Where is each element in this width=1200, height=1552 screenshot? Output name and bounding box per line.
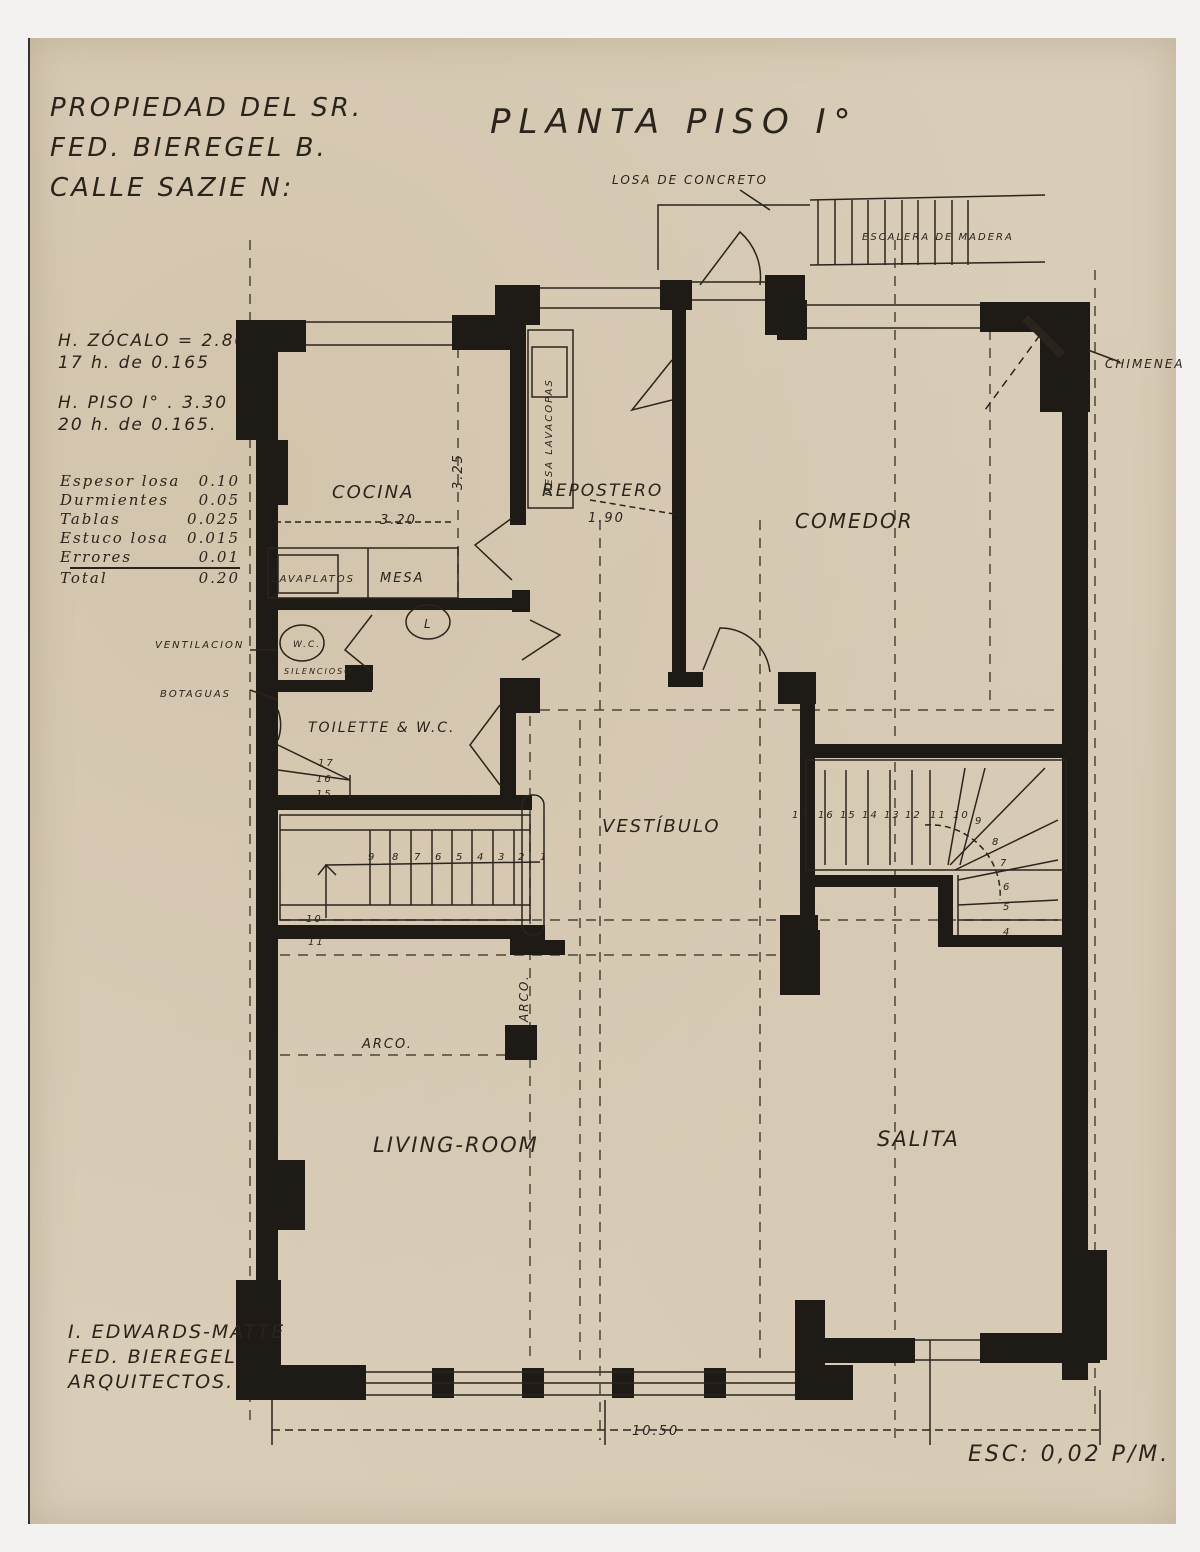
annotation-escalera: ESCALERA DE MADERA	[862, 232, 1014, 243]
architect-line-1: I. EDWARDS-MATTE	[68, 1320, 285, 1345]
step-number: 3	[498, 852, 506, 863]
scale-label: ESC: 0,02 P/M.	[968, 1442, 1170, 1467]
room-label-comedor: COMEDOR	[795, 509, 914, 533]
architect-line-3: ARQUITECTOS.	[68, 1370, 285, 1395]
room-label-living: LIVING-ROOM	[373, 1133, 539, 1157]
step-number: 14	[862, 810, 879, 821]
step-number: 16	[818, 810, 835, 821]
annotation-chimenea: CHIMENEA	[1105, 357, 1185, 371]
dimension-cocina-depth: 3.25	[451, 453, 466, 490]
fixture-mesa: MESA	[380, 571, 425, 586]
architect-line-2: FED. BIEREGEL	[68, 1345, 285, 1370]
step-number: 15	[840, 810, 857, 821]
dimension-total-width: 10.50	[632, 1424, 679, 1439]
fixture-wc: W.C.	[293, 640, 321, 650]
step-number: 7	[414, 852, 422, 863]
fixture-silencioso: SILENCIOSO	[284, 667, 353, 676]
step-number: 7	[1000, 858, 1008, 869]
fixture-lavatorio: L	[424, 617, 433, 631]
step-number: 17	[792, 810, 809, 821]
room-label-repostero: REPOSTERO	[542, 481, 663, 501]
arch-label-horizontal: ARCO.	[361, 1037, 413, 1052]
room-label-cocina: COCINA	[332, 482, 414, 503]
step-number: 5	[1003, 902, 1011, 913]
step-number: 8	[992, 837, 1000, 848]
step-number: 2	[518, 852, 526, 863]
step-number: 1	[540, 852, 548, 863]
room-label-vestibulo: VESTÍBULO	[602, 815, 721, 837]
service-stair-numbers: 15 16 17	[316, 758, 335, 800]
room-label-toilette: TOILETTE & W.C.	[308, 720, 456, 736]
annotation-losa: LOSA DE CONCRETO	[612, 173, 768, 187]
step-number: 6	[1003, 882, 1011, 893]
dimension-repostero-width: 1.90	[588, 511, 625, 526]
room-label-salita: SALITA	[877, 1127, 960, 1151]
step-number: 13	[884, 810, 901, 821]
step-number: 11	[308, 937, 325, 948]
step-number: 17	[318, 758, 335, 769]
step-number: 10	[306, 914, 323, 925]
step-number: 4	[477, 852, 485, 863]
step-number: 5	[456, 852, 464, 863]
step-number: 8	[392, 852, 400, 863]
architects-block: I. EDWARDS-MATTE FED. BIEREGEL ARQUITECT…	[68, 1320, 285, 1395]
step-number: 16	[316, 774, 333, 785]
step-number: 10	[953, 810, 970, 821]
step-number: 9	[975, 816, 983, 827]
step-number: 11	[930, 810, 947, 821]
annotation-botaguas: BOTAGUAS	[160, 689, 231, 700]
fixture-lavaplatos: LAVAPLATOS	[272, 574, 355, 585]
step-number: 15	[316, 789, 333, 800]
step-number: 6	[435, 852, 443, 863]
step-number: 9	[368, 852, 376, 863]
dimension-cocina-width: 3.20	[380, 513, 417, 528]
fixture-mesa-lavacopas: MESA LAVACOPAS	[544, 378, 555, 496]
annotation-ventilacion: VENTILACION	[155, 640, 244, 651]
step-number: 12	[905, 810, 922, 821]
arch-label-vertical: ARCO.	[517, 974, 531, 1023]
step-number: 4	[1003, 927, 1011, 938]
